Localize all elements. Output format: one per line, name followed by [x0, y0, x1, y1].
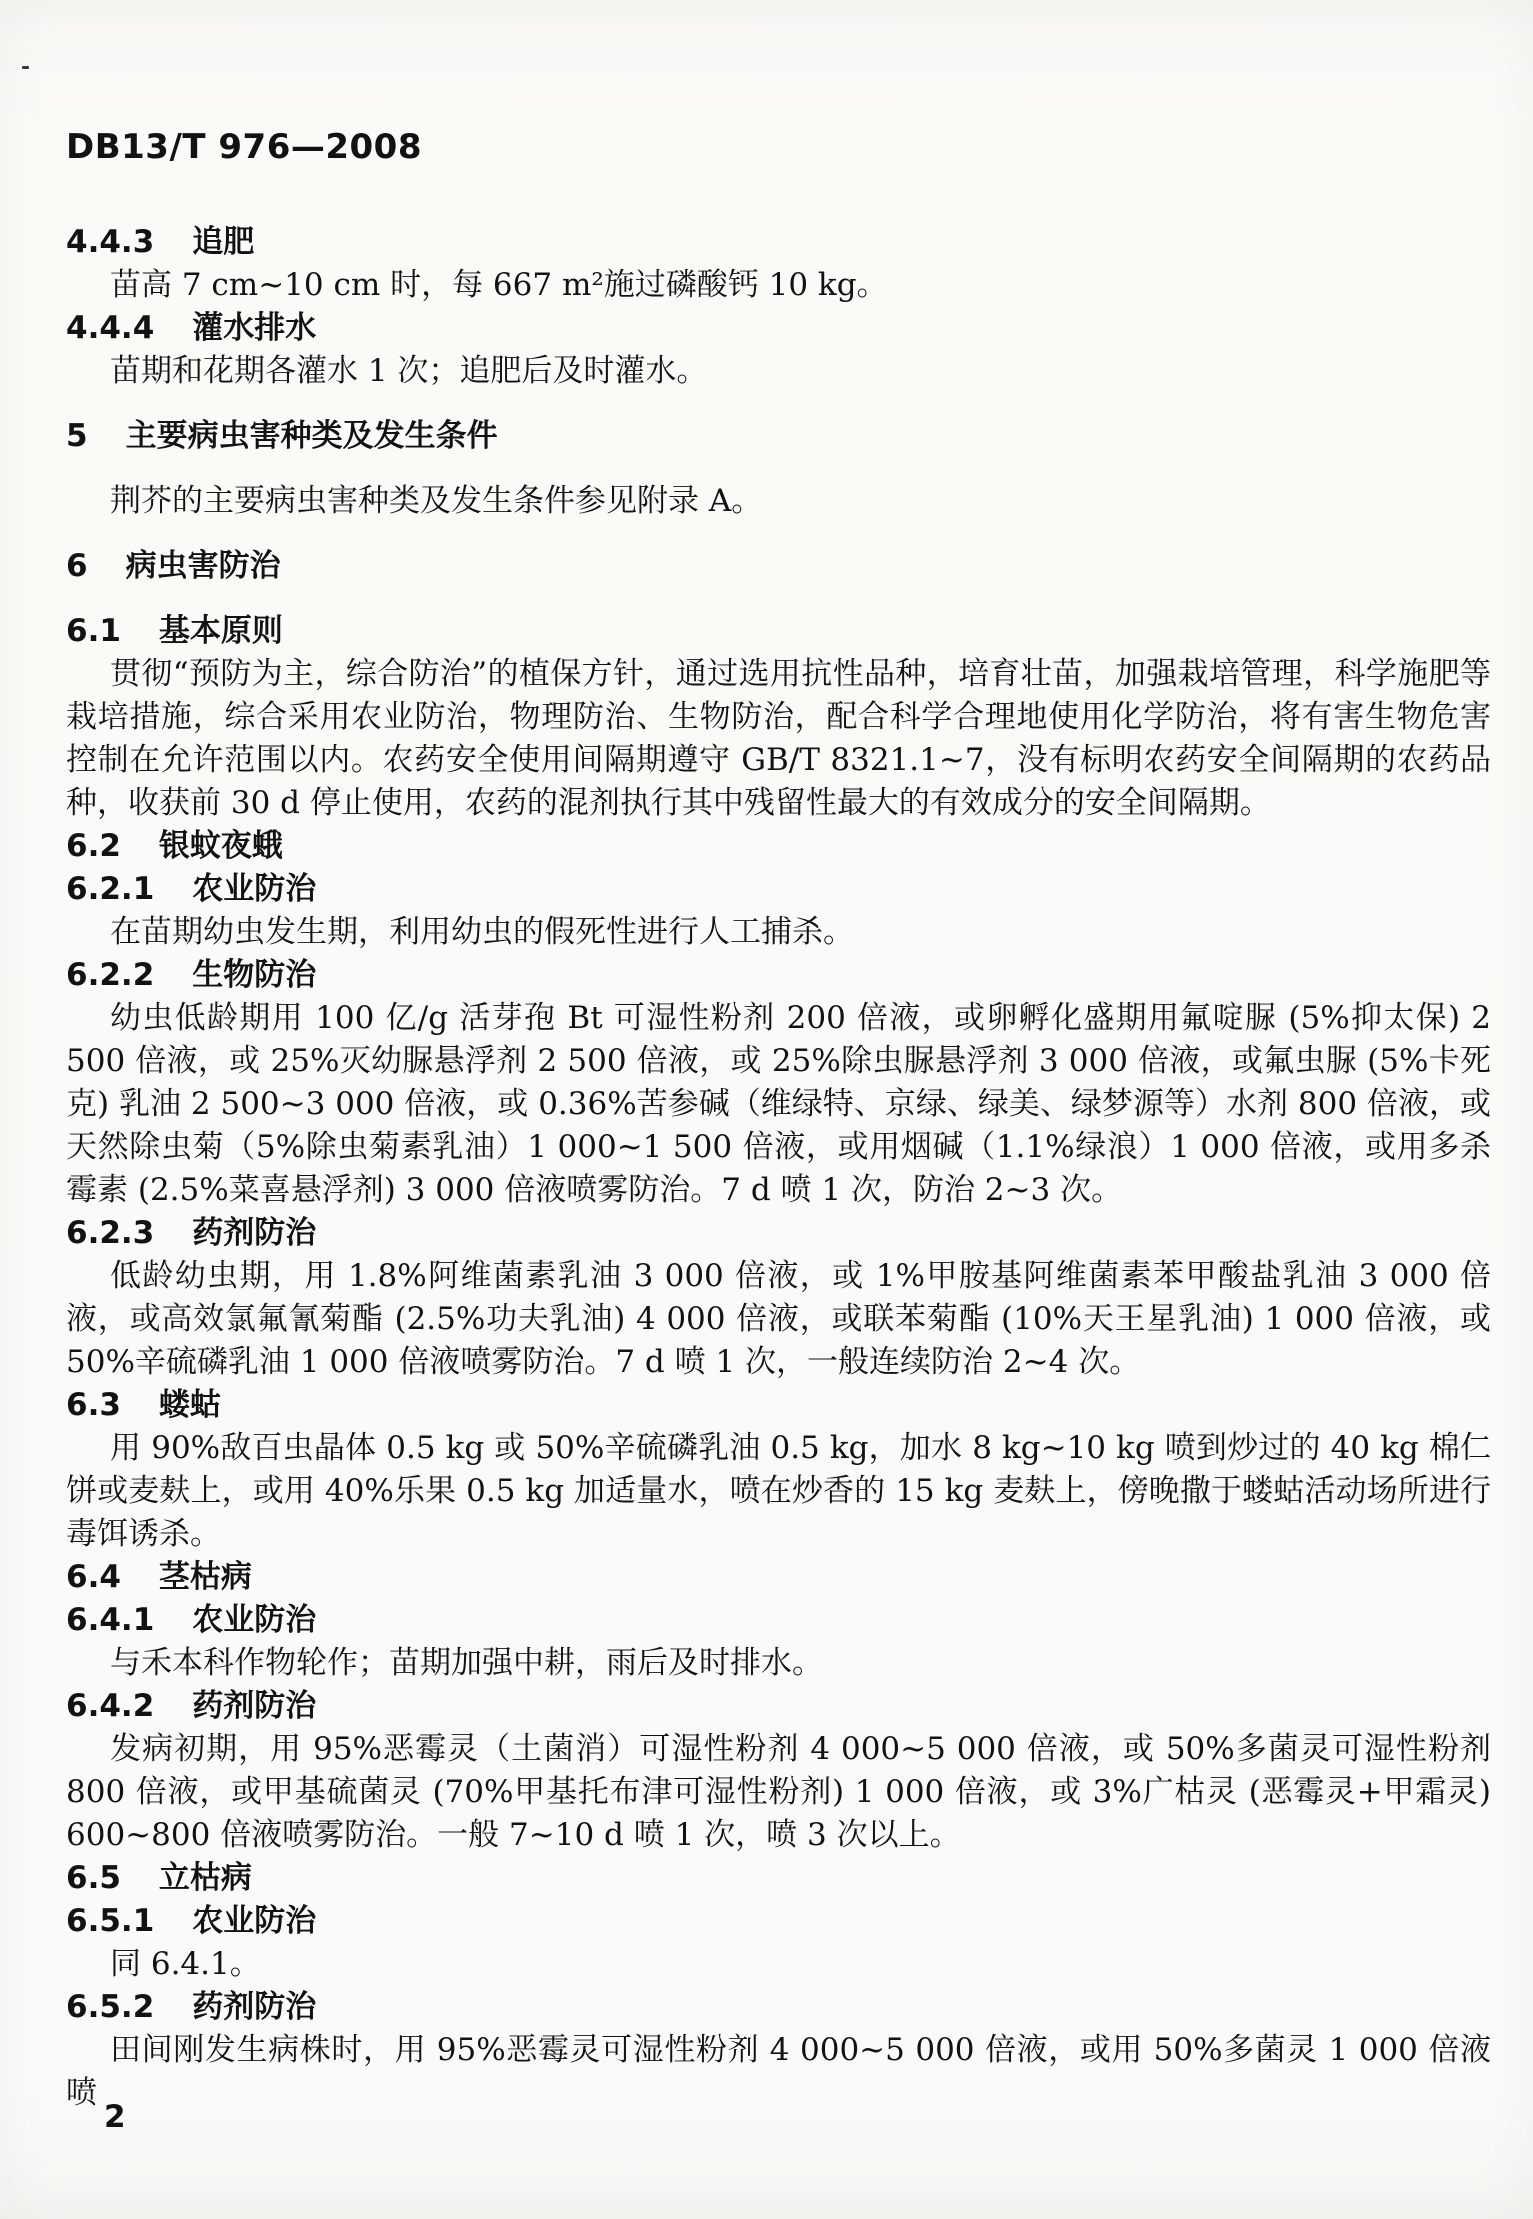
section-title: 基本原则: [159, 613, 283, 649]
paragraph: 同 6.4.1。: [66, 1943, 1491, 1986]
section-heading-6.2.3: 6.2.3药剂防治: [66, 1212, 1491, 1255]
section-heading-6.3: 6.3蝼蛄: [66, 1384, 1491, 1427]
section-heading-6.2: 6.2银蚊夜蛾: [66, 825, 1491, 868]
standard-number-header: DB13/T 976—2008: [66, 126, 1491, 169]
section-number: 6.2.1: [66, 868, 154, 911]
section-heading-6.2.1: 6.2.1农业防治: [66, 868, 1491, 911]
section-title: 农业防治: [192, 1903, 316, 1939]
section-number: 6.5: [66, 1857, 121, 1900]
section-number: 6.1: [66, 610, 121, 653]
section-title: 药剂防治: [192, 1215, 316, 1251]
section-heading-6.2.2: 6.2.2生物防治: [66, 954, 1491, 997]
section-heading-6.4: 6.4茎枯病: [66, 1556, 1491, 1599]
section-heading-6.5.2: 6.5.2药剂防治: [66, 1986, 1491, 2029]
section-number: 6.5.2: [66, 1986, 154, 2029]
scan-artifact: [22, 66, 29, 69]
section-title: 药剂防治: [192, 1688, 316, 1724]
section-title: 茎枯病: [159, 1559, 252, 1595]
section-number: 6.4: [66, 1556, 121, 1599]
section-number: 6.3: [66, 1384, 121, 1427]
paragraph: 贯彻“预防为主，综合防治”的植保方针，通过选用抗性品种，培育壮苗，加强栽培管理，…: [66, 653, 1491, 825]
paragraph: 幼虫低龄期用 100 亿/g 活芽孢 Bt 可湿性粉剂 200 倍液，或卵孵化盛…: [66, 997, 1491, 1212]
section-number: 5: [66, 415, 88, 458]
section-title: 银蚊夜蛾: [159, 828, 283, 864]
section-heading-6.5: 6.5立枯病: [66, 1857, 1491, 1900]
document-content-area: DB13/T 976—2008 4.4.3追肥苗高 7 cm~10 cm 时，每…: [0, 0, 1533, 2115]
section-heading-5: 5主要病虫害种类及发生条件: [66, 415, 1491, 458]
section-number: 6.2.3: [66, 1212, 154, 1255]
section-heading-6: 6病虫害防治: [66, 545, 1491, 588]
paragraph: 低龄幼虫期，用 1.8%阿维菌素乳油 3 000 倍液，或 1%甲胺基阿维菌素苯…: [66, 1255, 1491, 1384]
paragraph: 苗期和花期各灌水 1 次；追肥后及时灌水。: [66, 350, 1491, 393]
section-title: 生物防治: [192, 957, 316, 993]
section-title: 灌水排水: [192, 310, 316, 346]
section-title: 蝼蛄: [159, 1387, 221, 1423]
scanned-document-page: DB13/T 976—2008 4.4.3追肥苗高 7 cm~10 cm 时，每…: [0, 0, 1533, 2219]
section-heading-4.4.3: 4.4.3追肥: [66, 221, 1491, 264]
section-title: 病虫害防治: [126, 548, 281, 584]
section-heading-6.5.1: 6.5.1农业防治: [66, 1900, 1491, 1943]
document-body: 4.4.3追肥苗高 7 cm~10 cm 时，每 667 m²施过磷酸钙 10 …: [66, 221, 1491, 2115]
section-title: 药剂防治: [192, 1989, 316, 2025]
section-heading-6.4.1: 6.4.1农业防治: [66, 1599, 1491, 1642]
paragraph: 苗高 7 cm~10 cm 时，每 667 m²施过磷酸钙 10 kg。: [66, 264, 1491, 307]
page-number: 2: [104, 2096, 126, 2139]
paragraph: 与禾本科作物轮作；苗期加强中耕，雨后及时排水。: [66, 1642, 1491, 1685]
section-number: 6.2: [66, 825, 121, 868]
section-title: 追肥: [192, 224, 254, 260]
section-number: 6.2.2: [66, 954, 154, 997]
section-number: 4.4.3: [66, 221, 154, 264]
paragraph: 用 90%敌百虫晶体 0.5 kg 或 50%辛硫磷乳油 0.5 kg，加水 8…: [66, 1427, 1491, 1556]
section-title: 农业防治: [192, 871, 316, 907]
section-heading-6.4.2: 6.4.2药剂防治: [66, 1685, 1491, 1728]
section-number: 4.4.4: [66, 307, 154, 350]
section-heading-4.4.4: 4.4.4灌水排水: [66, 307, 1491, 350]
paragraph: 荆芥的主要病虫害种类及发生条件参见附录 A。: [66, 480, 1491, 523]
section-number: 6.5.1: [66, 1900, 154, 1943]
section-title: 农业防治: [192, 1602, 316, 1638]
section-number: 6.4.2: [66, 1685, 154, 1728]
section-title: 主要病虫害种类及发生条件: [126, 418, 498, 454]
paragraph: 发病初期，用 95%恶霉灵（土菌消）可湿性粉剂 4 000~5 000 倍液，或…: [66, 1728, 1491, 1857]
paragraph: 在苗期幼虫发生期，利用幼虫的假死性进行人工捕杀。: [66, 911, 1491, 954]
paragraph: 田间刚发生病株时，用 95%恶霉灵可湿性粉剂 4 000~5 000 倍液，或用…: [66, 2029, 1491, 2115]
section-title: 立枯病: [159, 1860, 252, 1896]
section-heading-6.1: 6.1基本原则: [66, 610, 1491, 653]
section-number: 6: [66, 545, 88, 588]
section-number: 6.4.1: [66, 1599, 154, 1642]
